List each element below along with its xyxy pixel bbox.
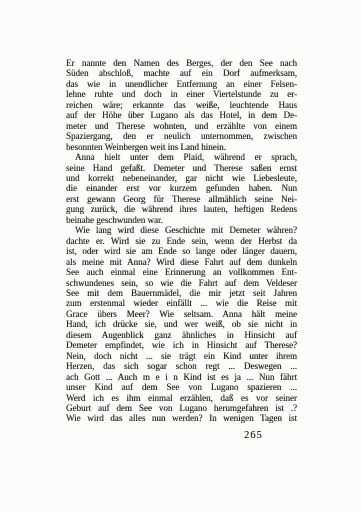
text-line: dachte er. Wird sie zu Ende sein, wenn d… (66, 236, 297, 246)
text-line: Nein, doch nicht ... sie trägt ein Kind … (66, 351, 297, 361)
text-line: zum erstenmal wieder einfällt ... wie di… (66, 298, 297, 308)
text-line: Demeter empfindet, wie ich in Hinsicht a… (66, 340, 297, 350)
text-line: ach Gott ... Auch m e i n Kind ist es ja… (66, 372, 297, 382)
text-block: Er nannte den Namen des Berges, der den … (66, 58, 297, 424)
text-line: beinahe geschwunden war. (66, 215, 297, 225)
text-line: See auch einmal eine Erinnerung an vollk… (66, 267, 297, 277)
text-line: das wie in unendlicher Entfernung an ein… (66, 79, 297, 89)
text-line: ist, oder wird sie am Ende so lange oder… (66, 246, 297, 256)
page-number: 265 (244, 430, 263, 441)
text-line: Grace übers Meer? Wie seltsam. Anna hält… (66, 309, 297, 319)
text-line: Spaziergang, den er neulich unternommen,… (66, 131, 297, 141)
text-line: die einander erst vor kurzem gefunden ha… (66, 183, 297, 193)
text-line: Wie wird das alles nun werden? In wenige… (66, 413, 297, 423)
text-line: Werd ich es ihm einmal erzählen, daß es … (66, 393, 297, 403)
text-line: reichen wäre; erkannte das weiße, leucht… (66, 100, 297, 110)
text-line: diesem Augenblick ganz ähnliches in Hins… (66, 330, 297, 340)
text-line: besonnten Weinbergen weit ins Land hinei… (66, 142, 297, 152)
text-line: Geburt auf dem See von Lugano herumgefah… (66, 403, 297, 413)
text-line: See mit dem Bauernmädel, die mir jetzt s… (66, 288, 297, 298)
text-line: Herzen, das sich sogar schon regt ... De… (66, 361, 297, 371)
text-line: Hand, ich drücke sie, und wer weiß, ob s… (66, 319, 297, 329)
text-line: erst gewann Georg für Therese allmählich… (66, 194, 297, 204)
text-line: Anna hielt unter dem Plaid, während er s… (66, 152, 297, 162)
text-line: Wie lang wird diese Geschichte mit Demet… (66, 225, 297, 235)
text-line: auf der Höhe über Lugano als das Hotel, … (66, 110, 297, 120)
text-line: lehne ruhte und doch in einer Viertelstu… (66, 89, 297, 99)
text-line: als meine mit Anna? Wird diese Fahrt auf… (66, 257, 297, 267)
text-line: unser Kind auf dem See von Lugano spazie… (66, 382, 297, 392)
text-line: meter und Therese wohnten, und erzählte … (66, 121, 297, 131)
text-line: schwundenes sein, so wie die Fahrt auf d… (66, 278, 297, 288)
text-line: seine Hand gefaßt. Demeter und Therese s… (66, 163, 297, 173)
text-line: und korrekt nebeneinander, gar nicht wie… (66, 173, 297, 183)
book-page: Er nannte den Namen des Berges, der den … (0, 0, 361, 512)
text-line: gung zurück, die während ihres lauten, h… (66, 204, 297, 214)
text-line: Süden abschloß, machte auf ein Dorf aufm… (66, 68, 297, 78)
text-line: Er nannte den Namen des Berges, der den … (66, 58, 297, 68)
